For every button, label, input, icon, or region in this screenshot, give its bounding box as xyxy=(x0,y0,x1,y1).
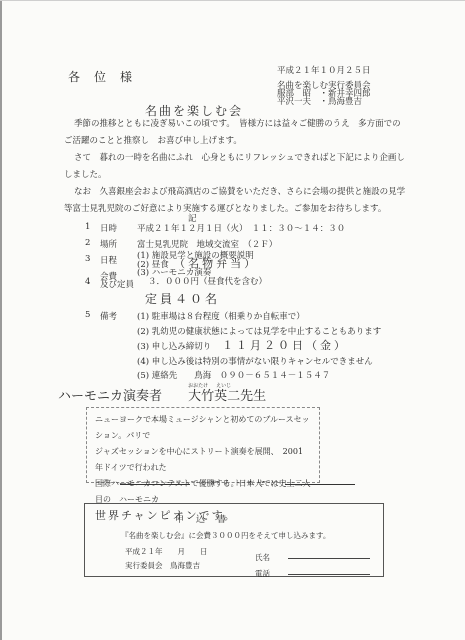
note-1: (1) 駐車場は８台程度（相乗りか自転車で） xyxy=(137,310,381,325)
item-number: 3 xyxy=(85,254,90,264)
name-field[interactable]: 氏名 xyxy=(255,552,370,563)
item-label: 日程 xyxy=(100,254,117,266)
note-3: (3) 申し込み締切り １１月２０日（金） xyxy=(137,339,381,355)
form-title: 申込書 xyxy=(175,512,238,525)
performer-role: ハーモニカ演奏者 xyxy=(58,389,162,404)
cut-line-right xyxy=(285,484,355,485)
performer-heading: ハーモニカ演奏者 おおたけ えいじ 大竹英二先生 xyxy=(58,385,266,404)
item-label: 備考 xyxy=(100,310,117,322)
performer-name-wrap: おおたけ えいじ 大竹英二先生 xyxy=(188,389,266,404)
item-value-fee: ３．０００円（昼食代を含む） xyxy=(148,275,267,287)
phone-underline[interactable] xyxy=(288,573,370,575)
capacity-label: 及び定員 xyxy=(100,281,134,289)
item-label-fee: 会費 及び定員 xyxy=(100,273,134,289)
phone-label: 電話 xyxy=(255,569,270,578)
body-line: さて 暮れの一時を名曲にふれ 心身ともにリフレッシュできればと下記により企画し xyxy=(64,150,405,167)
item-label: 日時 xyxy=(100,222,117,234)
item-value-place: 富士見乳児院 地域交流室 （２Ｆ） xyxy=(137,238,277,250)
notes-list: (1) 駐車場は８台程度（相乗りか自転車で） (2) 乳幼児の健康状態によっては… xyxy=(137,310,381,384)
performer-name: 大竹英二先生 xyxy=(188,389,266,404)
body-line: 季節の推移とともに凌ぎ易いこの頃です。 皆様方には益々ご健勝のうえ 多方面での xyxy=(64,116,405,133)
schedule-list: (1) 施設見学と施設の概要説明 (2) 昼食 （名物弁当） (3) ハーモニカ… xyxy=(137,252,258,277)
cut-line-left xyxy=(120,484,190,485)
body-line: 等富士見乳児院のご好意により実施する運びとなりました。ご参加をお待ちします。 xyxy=(64,201,405,218)
phone-field[interactable]: 電話 xyxy=(255,568,370,579)
item-number: 4 xyxy=(85,277,90,287)
form-committee: 実行委員会 鳥海豊吉 xyxy=(125,560,200,571)
deadline-emphasis: １１月２０日（金） xyxy=(222,339,348,352)
item-number: 1 xyxy=(85,222,90,232)
issue-date: 平成２１年１０月２５日 xyxy=(277,64,371,76)
organizer-block: 名曲を楽しむ実行委員会 服部 昭 ・新井幸四郎 平沢一夫 ・鳥海豊吉 xyxy=(277,82,371,106)
bio-line: ジャズセッションを中心にストリート演奏を展開、 2001年ドイツで行われた xyxy=(95,444,311,476)
name-label: 氏名 xyxy=(255,553,270,562)
form-date[interactable]: 平成２１年 月 日 xyxy=(125,546,208,557)
item-number: 2 xyxy=(85,238,90,248)
page-edge-top xyxy=(0,0,465,1)
note-4: (4) 申し込み後は特別の事情がない限りキャンセルできません xyxy=(137,355,381,370)
note-3-label: (3) 申し込み締切り xyxy=(137,342,211,352)
item-label: 場所 xyxy=(100,238,117,250)
body-paragraph-1: 季節の推移とともに凌ぎ易いこの頃です。 皆様方には益々ご健勝のうえ 多方面での … xyxy=(64,116,405,218)
note-5: (5) 連絡先 鳥海 ０９０－６５１４－１５４７ xyxy=(137,369,381,384)
cut-line: キリトリセン xyxy=(120,478,355,490)
application-form: 申込書 『名曲を楽しむ会』に会費３０００円をそえて申し込みます。 平成２１年 月… xyxy=(84,503,384,577)
body-line: ご活躍のことと推察し お喜び申し上げます。 xyxy=(64,133,405,150)
item-number: 5 xyxy=(85,310,90,320)
bio-line: ニューヨークで本場ミュージシャンと初めてのブルースセッション。パリで xyxy=(95,412,311,444)
organizer-members-2: 平沢一夫 ・鳥海豊吉 xyxy=(277,98,371,106)
body-line: しました。 xyxy=(64,167,405,184)
performer-ruby-1: おおたけ xyxy=(188,382,208,389)
body-line: なお 久喜銀座会および飛高酒店のご協賛をいただき、さらに会場の提供と施設の見学 xyxy=(64,184,405,201)
performer-bio-box: ニューヨークで本場ミュージシャンと初めてのブルースセッション。パリで ジャズセッ… xyxy=(86,407,320,483)
form-statement: 『名曲を楽しむ会』に会費３０００円をそえて申し込みます。 xyxy=(121,530,330,541)
page-edge xyxy=(0,0,2,640)
performer-ruby-2: えいじ xyxy=(216,382,231,389)
cut-line-label: キリトリセン xyxy=(210,478,282,488)
item-value-datetime: 平成２１年１２月１日（火） １１：３０～１４：３０ xyxy=(137,222,345,234)
name-underline[interactable] xyxy=(288,557,370,559)
addressee: 各位様 xyxy=(68,68,146,85)
capacity-value: 定員４０名 xyxy=(145,290,220,307)
note-2: (2) 乳幼児の健康状態によっては見学を中止することもあります xyxy=(137,325,381,340)
